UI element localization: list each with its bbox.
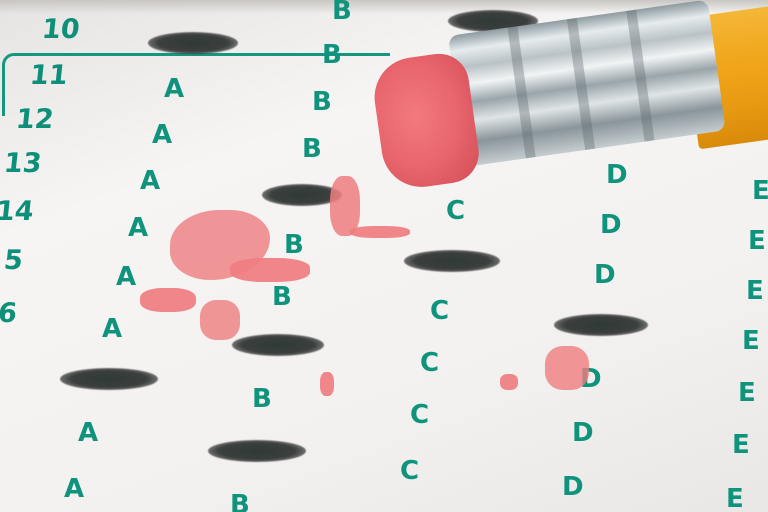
ferrule-ring bbox=[507, 26, 535, 158]
option-b: B bbox=[252, 384, 272, 414]
eraser-crumb bbox=[140, 288, 196, 312]
question-number: 10 bbox=[40, 14, 81, 45]
option-d: D bbox=[600, 210, 622, 240]
option-e: E bbox=[726, 484, 744, 512]
option-a: A bbox=[140, 166, 160, 196]
option-d: D bbox=[562, 472, 584, 502]
option-a: A bbox=[116, 262, 136, 292]
question-number: 6 bbox=[0, 298, 18, 329]
option-b: B bbox=[322, 40, 342, 70]
option-a: A bbox=[164, 74, 184, 104]
eraser-crumb bbox=[545, 346, 589, 390]
option-e: E bbox=[742, 326, 760, 356]
question-number: 5 bbox=[2, 245, 24, 276]
option-a: A bbox=[64, 474, 84, 504]
option-d: D bbox=[572, 418, 594, 448]
option-b: B bbox=[284, 230, 304, 260]
filled-bubble bbox=[60, 368, 158, 390]
option-a: A bbox=[152, 120, 172, 150]
option-e: E bbox=[748, 226, 766, 256]
option-b: B bbox=[272, 282, 292, 312]
eraser-crumb bbox=[230, 258, 310, 282]
eraser-crumb bbox=[500, 374, 518, 390]
question-number: 14 bbox=[0, 196, 35, 227]
option-a: A bbox=[128, 213, 148, 243]
option-e: E bbox=[746, 276, 764, 306]
option-c: C bbox=[400, 456, 419, 486]
option-c: C bbox=[410, 400, 429, 430]
question-number: 11 bbox=[28, 60, 69, 91]
answer-sheet-photo: 10 11 12 13 14 5 6 A A A A A A A A B B B… bbox=[0, 0, 768, 512]
option-b: B bbox=[312, 87, 332, 117]
filled-bubble bbox=[554, 314, 648, 336]
eraser-crumb bbox=[200, 300, 240, 340]
option-d: D bbox=[606, 160, 628, 190]
filled-bubble bbox=[404, 250, 500, 272]
pencil-eraser bbox=[369, 50, 482, 192]
filled-bubble bbox=[148, 32, 238, 54]
option-c: C bbox=[430, 296, 449, 326]
question-number: 13 bbox=[2, 148, 43, 179]
option-a: A bbox=[78, 418, 98, 448]
option-b: B bbox=[230, 490, 250, 512]
option-b: B bbox=[332, 0, 352, 26]
option-a: A bbox=[102, 314, 122, 344]
option-d: D bbox=[594, 260, 616, 290]
question-number: 12 bbox=[14, 104, 55, 135]
ferrule-ring bbox=[626, 10, 654, 142]
option-c: C bbox=[446, 196, 465, 226]
eraser-crumb bbox=[320, 372, 334, 396]
eraser-crumb bbox=[350, 226, 410, 238]
option-e: E bbox=[738, 378, 756, 408]
option-b: B bbox=[302, 134, 322, 164]
option-e: E bbox=[732, 430, 750, 460]
option-e: E bbox=[752, 176, 768, 206]
filled-bubble bbox=[208, 440, 306, 462]
option-c: C bbox=[420, 348, 439, 378]
filled-bubble bbox=[232, 334, 324, 356]
ferrule-ring bbox=[567, 18, 595, 150]
